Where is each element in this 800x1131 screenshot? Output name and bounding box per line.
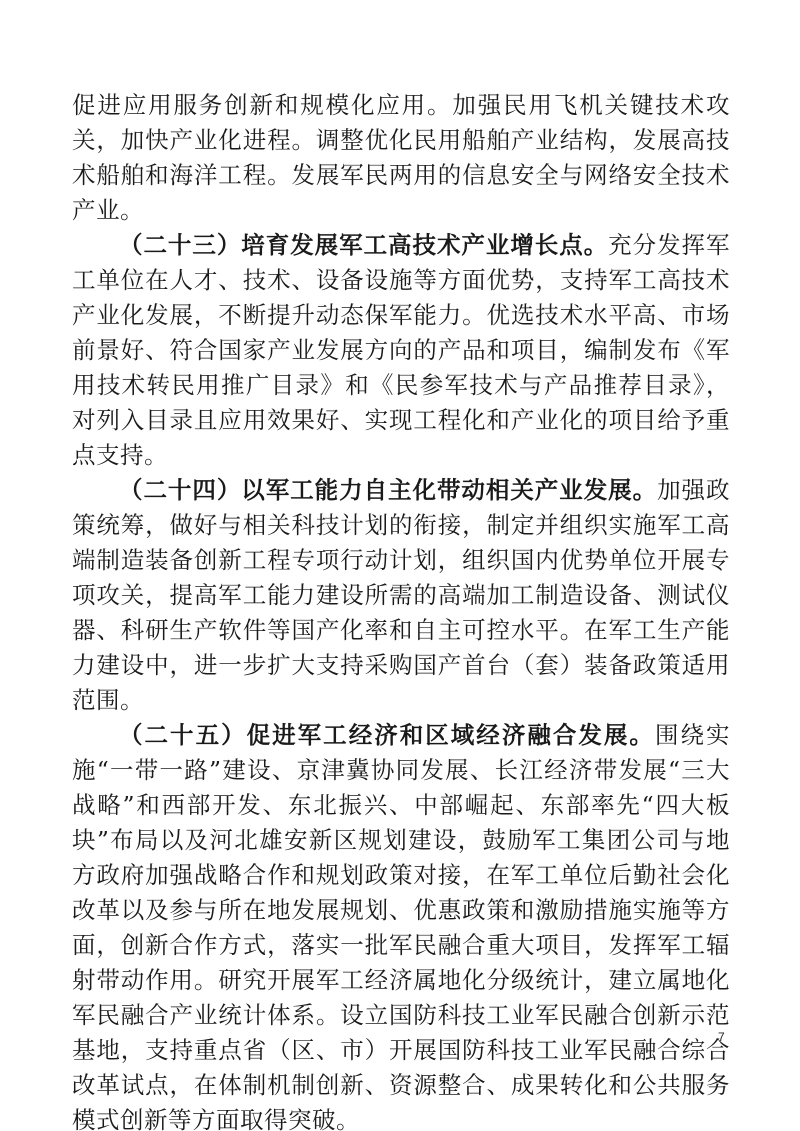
paragraph-24: （二十四）以军工能力自主化带动相关产业发展。加强政策统筹，做好与相关科技计划的衔… [72,473,730,718]
paragraph-25: （二十五）促进军工经济和区域经济融合发展。围绕实施“一带一路”建设、京津冀协同发… [72,718,730,1131]
paragraph-23: （二十三）培育发展军工高技术产业增长点。充分发挥军工单位在人才、技术、设备设施等… [72,228,730,473]
section-heading-24: （二十四）以军工能力自主化带动相关产业发展。 [119,476,657,504]
paragraph-body-24: 加强政策统筹，做好与相关科技计划的衔接，制定并组织实施军工高端制造装备创新工程专… [72,476,730,714]
document-page: 促进应用服务创新和规模化应用。加强民用飞机关键技术攻关，加快产业化进程。调整优化… [72,88,730,1131]
paragraph-body-25: 围绕实施“一带一路”建设、京津冀协同发展、长江经济带发展“三大战略”和西部开发、… [72,721,730,1131]
paragraph-body: 促进应用服务创新和规模化应用。加强民用飞机关键技术攻关，加快产业化进程。调整优化… [72,91,730,224]
section-heading-23: （二十三）培育发展军工高技术产业增长点。 [119,231,608,259]
page-number: 7 [718,1030,725,1044]
paragraph-continuation: 促进应用服务创新和规模化应用。加强民用飞机关键技术攻关，加快产业化进程。调整优化… [72,88,730,228]
section-heading-25: （二十五）促进军工经济和区域经济融合发展。 [119,721,655,749]
paragraph-body-23: 充分发挥军工单位在人才、技术、设备设施等方面优势，支持军工高技术产业化发展，不断… [72,231,730,469]
